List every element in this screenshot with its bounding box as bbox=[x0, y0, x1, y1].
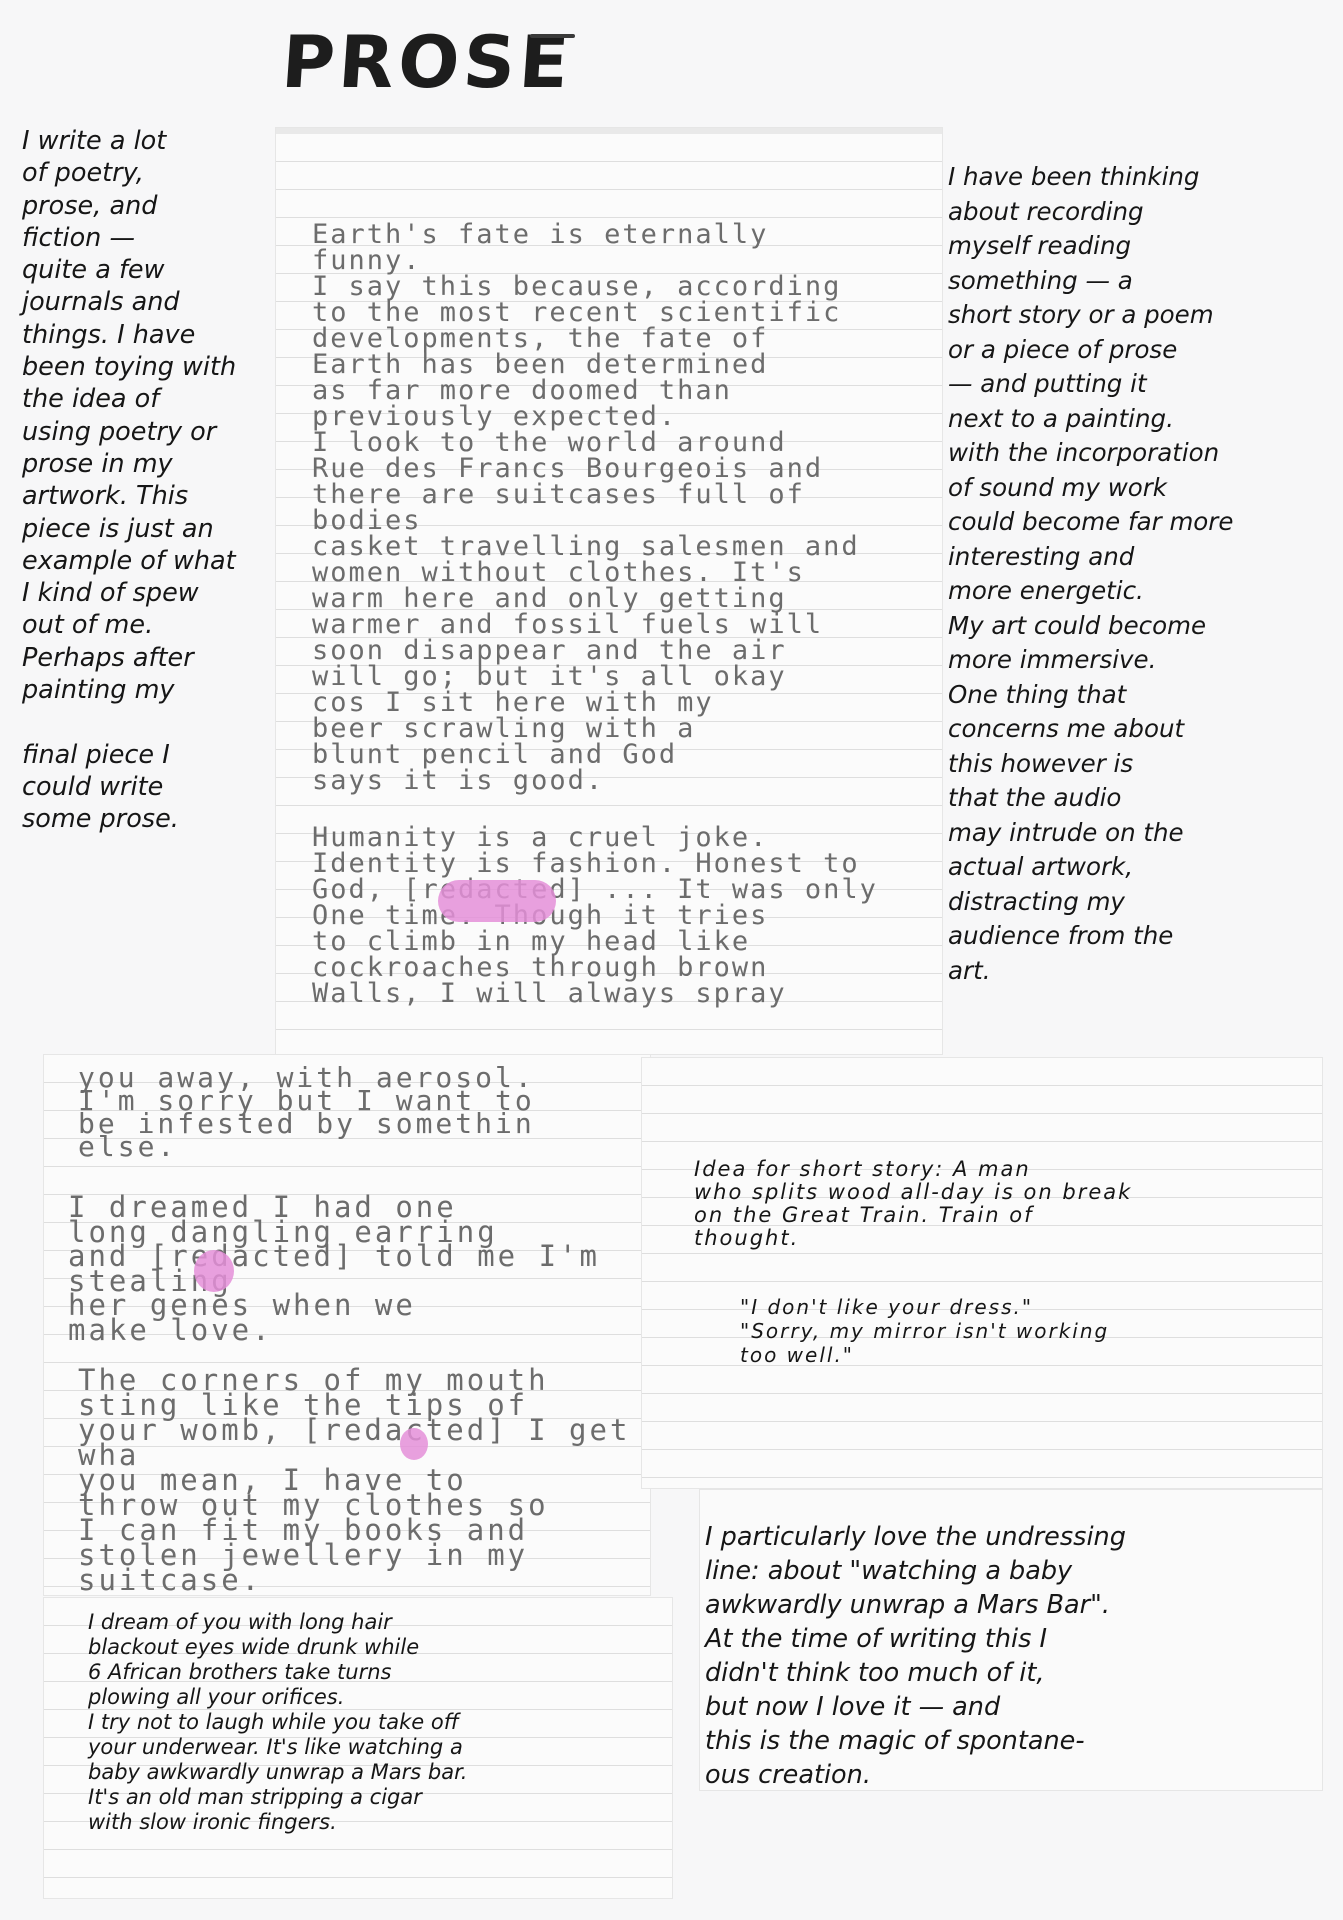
dress-dialogue: "I don't like your dress." "Sorry, my mi… bbox=[740, 1295, 1300, 1367]
pink-redaction-blot bbox=[194, 1250, 234, 1292]
right-recording-note: I have been thinking about recording mys… bbox=[948, 160, 1338, 988]
pink-redaction-blot bbox=[400, 1428, 428, 1460]
pink-redaction-blot bbox=[438, 880, 556, 922]
long-hair-dream-paragraph: I dream of you with long hair blackout e… bbox=[88, 1610, 678, 1835]
undressing-line-comment: I particularly love the undressing line:… bbox=[705, 1520, 1325, 1792]
earth-fate-paragraph: Earth's fate is eternally funny. I say t… bbox=[312, 222, 932, 794]
aerosol-paragraph: you away, with aerosol. I'm sorry but I … bbox=[78, 1066, 648, 1158]
humanity-paragraph: Humanity is a cruel joke. Identity is fa… bbox=[312, 825, 932, 1007]
bottom-right-lined-paper bbox=[642, 1058, 1322, 1488]
page-title: PROSE bbox=[279, 20, 575, 104]
left-intro-note: I write a lot of poetry, prose, and fict… bbox=[22, 125, 270, 836]
short-story-idea: Idea for short story: A man who splits w… bbox=[694, 1158, 1314, 1250]
earring-dream-paragraph: I dreamed I had one long dangling earrin… bbox=[68, 1195, 648, 1342]
title-accent-stroke bbox=[530, 34, 575, 38]
corners-of-mouth-paragraph: The corners of my mouth sting like the t… bbox=[78, 1368, 658, 1593]
